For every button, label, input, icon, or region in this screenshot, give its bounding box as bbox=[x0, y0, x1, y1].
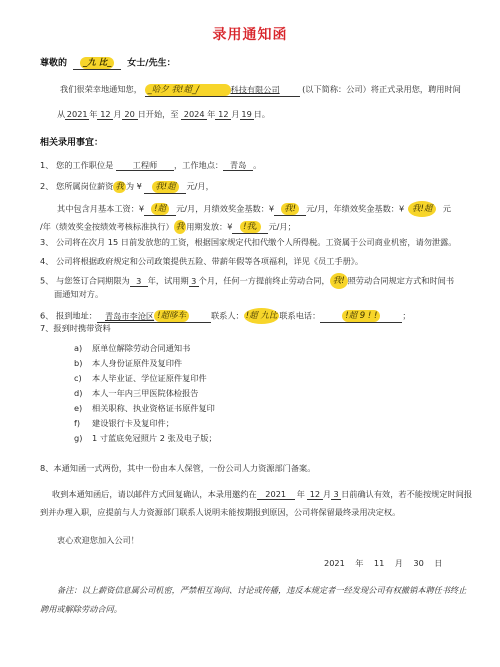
list-marker: f) bbox=[74, 417, 92, 429]
salutation-prefix: 尊敬的 bbox=[40, 59, 67, 69]
redaction-mark: _哈夕 我!超_/ bbox=[145, 84, 231, 96]
list-item: b)本人身份证原件及复印件 bbox=[74, 357, 182, 369]
phone-field: !超 9 ! ! bbox=[320, 310, 402, 323]
item-2-breakdown: 其中包含月基本工资：¥!超元/月，月绩效奖金基数：¥我!元/月，年绩效奖金基数：… bbox=[57, 201, 451, 217]
confirm-day-field: 3 bbox=[331, 489, 341, 500]
redaction-mark: 我! bbox=[330, 273, 348, 289]
list-text: 本人毕业证、学位证原件复印件 bbox=[92, 373, 207, 383]
year-label: 年 bbox=[207, 109, 215, 119]
confirm-year-field: 2021 bbox=[257, 489, 295, 500]
location-field: 青岛 bbox=[223, 160, 253, 171]
salary-label: 您所属岗位薪资 bbox=[56, 181, 113, 191]
redaction-mark: !超 九比 bbox=[244, 308, 280, 324]
list-item: g)1 寸蓝底免冠照片 2 张及电子版； bbox=[74, 432, 217, 444]
annual-bonus-field: 我!超 bbox=[404, 201, 440, 217]
address-label: 报到地址： bbox=[56, 311, 97, 321]
list-item: d)本人一年内三甲医院体检报告 bbox=[74, 387, 198, 399]
day-label: 日 bbox=[434, 558, 442, 568]
unit-label: 元/月， bbox=[186, 181, 213, 191]
termination-text-b: 照劳动合同规定方式和时间书 bbox=[348, 276, 454, 286]
salary-label-b: 为 ¥ bbox=[126, 181, 142, 191]
item-1: 1、 您的工作职位是 工程师，工作地点：青岛。 bbox=[40, 159, 261, 171]
start-year-field: 2021 bbox=[65, 109, 89, 120]
list-text: 1 寸蓝底免冠照片 2 张及电子版； bbox=[92, 433, 217, 443]
list-marker: c) bbox=[74, 372, 92, 384]
redaction-mark: 我!超 bbox=[408, 201, 436, 217]
section-heading: 相关录用事宜： bbox=[40, 137, 103, 149]
list-marker: b) bbox=[74, 357, 92, 369]
item-number: 1、 bbox=[40, 160, 53, 170]
redaction-mark: 我! bbox=[281, 203, 299, 215]
note-line-2: 聘用或解除劳动合同。 bbox=[40, 603, 122, 615]
unit-label: 元 bbox=[443, 204, 451, 214]
item-7: 7、报到时携带资料 bbox=[40, 322, 111, 334]
month-label: 月 bbox=[113, 109, 121, 119]
list-text: 本人一年内三甲医院体检报告 bbox=[92, 388, 198, 398]
end-month-field: 12 bbox=[215, 109, 231, 120]
document-title: 录用通知函 bbox=[0, 24, 500, 44]
month-label: 月 bbox=[395, 558, 403, 568]
salutation: 尊敬的 _九 比_ 女士/先生： bbox=[40, 57, 176, 70]
redaction-mark: 我 bbox=[174, 220, 187, 234]
position-field: 工程师 bbox=[116, 160, 174, 171]
item-5-cont: 面通知对方。 bbox=[54, 288, 103, 300]
redaction-mark: _九 比_ bbox=[80, 57, 114, 69]
sign-day: 30 bbox=[413, 558, 423, 568]
intro-text: 我们很荣幸地通知您， bbox=[60, 84, 142, 94]
item-text: 报到时携带资料 bbox=[53, 323, 110, 333]
end-year-field: 2024 bbox=[181, 109, 207, 120]
list-text: 本人身份证原件及复印件 bbox=[92, 358, 182, 368]
monthly-bonus-label: 元/月，月绩效奖金基数：¥ bbox=[176, 204, 274, 214]
salutation-suffix: 女士/先生： bbox=[127, 59, 175, 69]
phone-label: 联系电话： bbox=[279, 311, 320, 321]
sign-month: 11 bbox=[374, 558, 384, 568]
punctuation: 。 bbox=[253, 160, 261, 170]
redaction-mark: !超 9 ! ! bbox=[342, 310, 380, 322]
offer-letter-page: 录用通知函 尊敬的 _九 比_ 女士/先生： 我们很荣幸地通知您， _哈夕 我!… bbox=[0, 0, 500, 667]
confirmation-text: 收到本通知函后，请以邮件方式回复确认，本录用邀约在 bbox=[52, 489, 257, 499]
redaction-mark: 我!超 bbox=[152, 181, 178, 193]
intro-text-after: (以下简称：公司）将正式录用您，聘用时间 bbox=[302, 84, 461, 94]
sign-year: 2021 bbox=[324, 558, 345, 568]
contract-years-field: 3 bbox=[130, 276, 148, 287]
day-label: 日。 bbox=[254, 109, 270, 119]
punctuation: ； bbox=[402, 311, 410, 321]
probation-label: 年，试用期 bbox=[148, 276, 189, 286]
item-number: 7、 bbox=[40, 323, 53, 333]
probation-salary-field: !我, bbox=[232, 221, 268, 234]
item-text: 公司将在次月 15 日前发放您的工资，根据国家规定代扣代缴个人所得税。工资属于公… bbox=[56, 237, 456, 247]
termination-text: 个月，任何一方提前终止劳动合同， bbox=[199, 276, 330, 286]
list-text: 原单位解除劳动合同通知书 bbox=[92, 343, 190, 353]
redaction-mark: !超 bbox=[151, 203, 169, 215]
list-item: f)建设银行卡及复印件； bbox=[74, 417, 174, 429]
period-to-label: 日开始，至 bbox=[138, 109, 179, 119]
item-2: 2、 您所属岗位薪资我为 ¥ 我!超元/月， bbox=[40, 180, 214, 194]
contract-term-label: 与您签订合同期限为 bbox=[56, 276, 130, 286]
list-item: e)相关职称、执业资格证书原件复印 bbox=[74, 402, 215, 414]
year-label: 年 bbox=[297, 489, 305, 499]
month-label: 月 bbox=[323, 489, 331, 499]
redaction-mark: 我 bbox=[113, 181, 126, 193]
base-salary-label: 其中包含月基本工资：¥ bbox=[57, 204, 144, 214]
item-number: 2、 bbox=[40, 181, 53, 191]
address-field: 青岛市李沧区!超哆车 bbox=[97, 310, 211, 323]
list-item: a)原单位解除劳动合同通知书 bbox=[74, 342, 190, 354]
item-number: 5、 bbox=[40, 276, 53, 286]
address-text: 青岛市李沧区 bbox=[105, 311, 154, 321]
total-salary-field: 我!超 bbox=[144, 181, 186, 194]
base-salary-field: !超 bbox=[144, 203, 176, 216]
period-from-label: 从 bbox=[57, 109, 65, 119]
sign-date: 2021 年 11 月 30 日 bbox=[324, 557, 442, 569]
start-month-field: 12 bbox=[97, 109, 113, 120]
end-day-field: 19 bbox=[240, 109, 254, 120]
item-number: 3、 bbox=[40, 237, 53, 247]
monthly-bonus-field: 我! bbox=[274, 203, 306, 216]
year-label: 年 bbox=[355, 558, 363, 568]
year-label: 年 bbox=[89, 109, 97, 119]
list-text: 相关职称、执业资格证书原件复印 bbox=[92, 403, 215, 413]
item-number: 4、 bbox=[40, 256, 53, 266]
welcome-text: 衷心欢迎您加入公司！ bbox=[57, 534, 139, 546]
start-day-field: 20 bbox=[122, 109, 138, 120]
intro-paragraph: 我们很荣幸地通知您， _哈夕 我!超_/科技有限公司 (以下简称：公司）将正式录… bbox=[60, 83, 461, 97]
contact-label: 联系人： bbox=[211, 311, 244, 321]
confirmation-cont: 到并办理入职，应提前与人力资源部门联系人说明未能按期报到原因，公司将保留最终录用… bbox=[40, 506, 400, 518]
employment-period: 从2021年12月20日开始，至 2024年12月19日。 bbox=[57, 108, 270, 120]
confirm-month-field: 12 bbox=[307, 489, 323, 500]
item-5: 5、 与您签订合同期限为3年，试用期3个月，任何一方提前终止劳动合同，我!照劳动… bbox=[40, 273, 454, 289]
item-8: 8、本通知函一式两份，其中一份由本人保管，一份公司人力资源部门备案。 bbox=[40, 462, 315, 474]
list-marker: e) bbox=[74, 402, 92, 414]
position-label: 您的工作职位是 bbox=[56, 160, 113, 170]
confirmation-text-b: 日前确认有效，若不能按规定时间报 bbox=[341, 489, 472, 499]
company-suffix: 科技有限公司 bbox=[231, 84, 280, 94]
probation-months-field: 3 bbox=[189, 276, 199, 287]
list-text: 建设银行卡及复印件； bbox=[92, 418, 174, 428]
redaction-mark: !超哆车 bbox=[154, 310, 189, 322]
list-marker: d) bbox=[74, 387, 92, 399]
item-4: 4、 公司将根据政府规定和公司政策提供五险、带薪年假等各项福利，详见《员工手册》… bbox=[40, 255, 363, 267]
company-name-field: _哈夕 我!超_/科技有限公司 bbox=[145, 84, 300, 97]
month-label: 月 bbox=[231, 109, 239, 119]
list-item: c)本人毕业证、学位证原件复印件 bbox=[74, 372, 207, 384]
candidate-name-field: _九 比_ bbox=[73, 57, 121, 70]
unit-label: 元/月； bbox=[268, 222, 295, 232]
item-3: 3、 公司将在次月 15 日前发放您的工资，根据国家规定代扣代缴个人所得税。工资… bbox=[40, 236, 456, 248]
location-label: ，工作地点： bbox=[174, 160, 223, 170]
note-line-1: 备注：以上薪资信息属公司机密，严禁相互询问、讨论或传播，违反本规定者一经发现公司… bbox=[57, 584, 466, 596]
item-text: 公司将根据政府规定和公司政策提供五险、带薪年假等各项福利，详见《员工手册》。 bbox=[56, 256, 363, 266]
item-number: 6、 bbox=[40, 311, 53, 321]
redaction-mark: !我, bbox=[240, 221, 261, 233]
probation-salary-label: 用期发放：¥ bbox=[186, 222, 232, 232]
bonus-note: /年（绩效奖金按绩效考核标准执行） bbox=[40, 222, 174, 232]
item-2-probation: /年（绩效奖金按绩效考核标准执行）我用期发放：¥!我,元/月； bbox=[40, 220, 296, 234]
confirmation-paragraph: 收到本通知函后，请以邮件方式回复确认，本录用邀约在2021年12月3日前确认有效… bbox=[52, 488, 472, 500]
list-marker: g) bbox=[74, 432, 92, 444]
list-marker: a) bbox=[74, 342, 92, 354]
annual-bonus-label: 元/月，年绩效奖金基数：¥ bbox=[306, 204, 404, 214]
